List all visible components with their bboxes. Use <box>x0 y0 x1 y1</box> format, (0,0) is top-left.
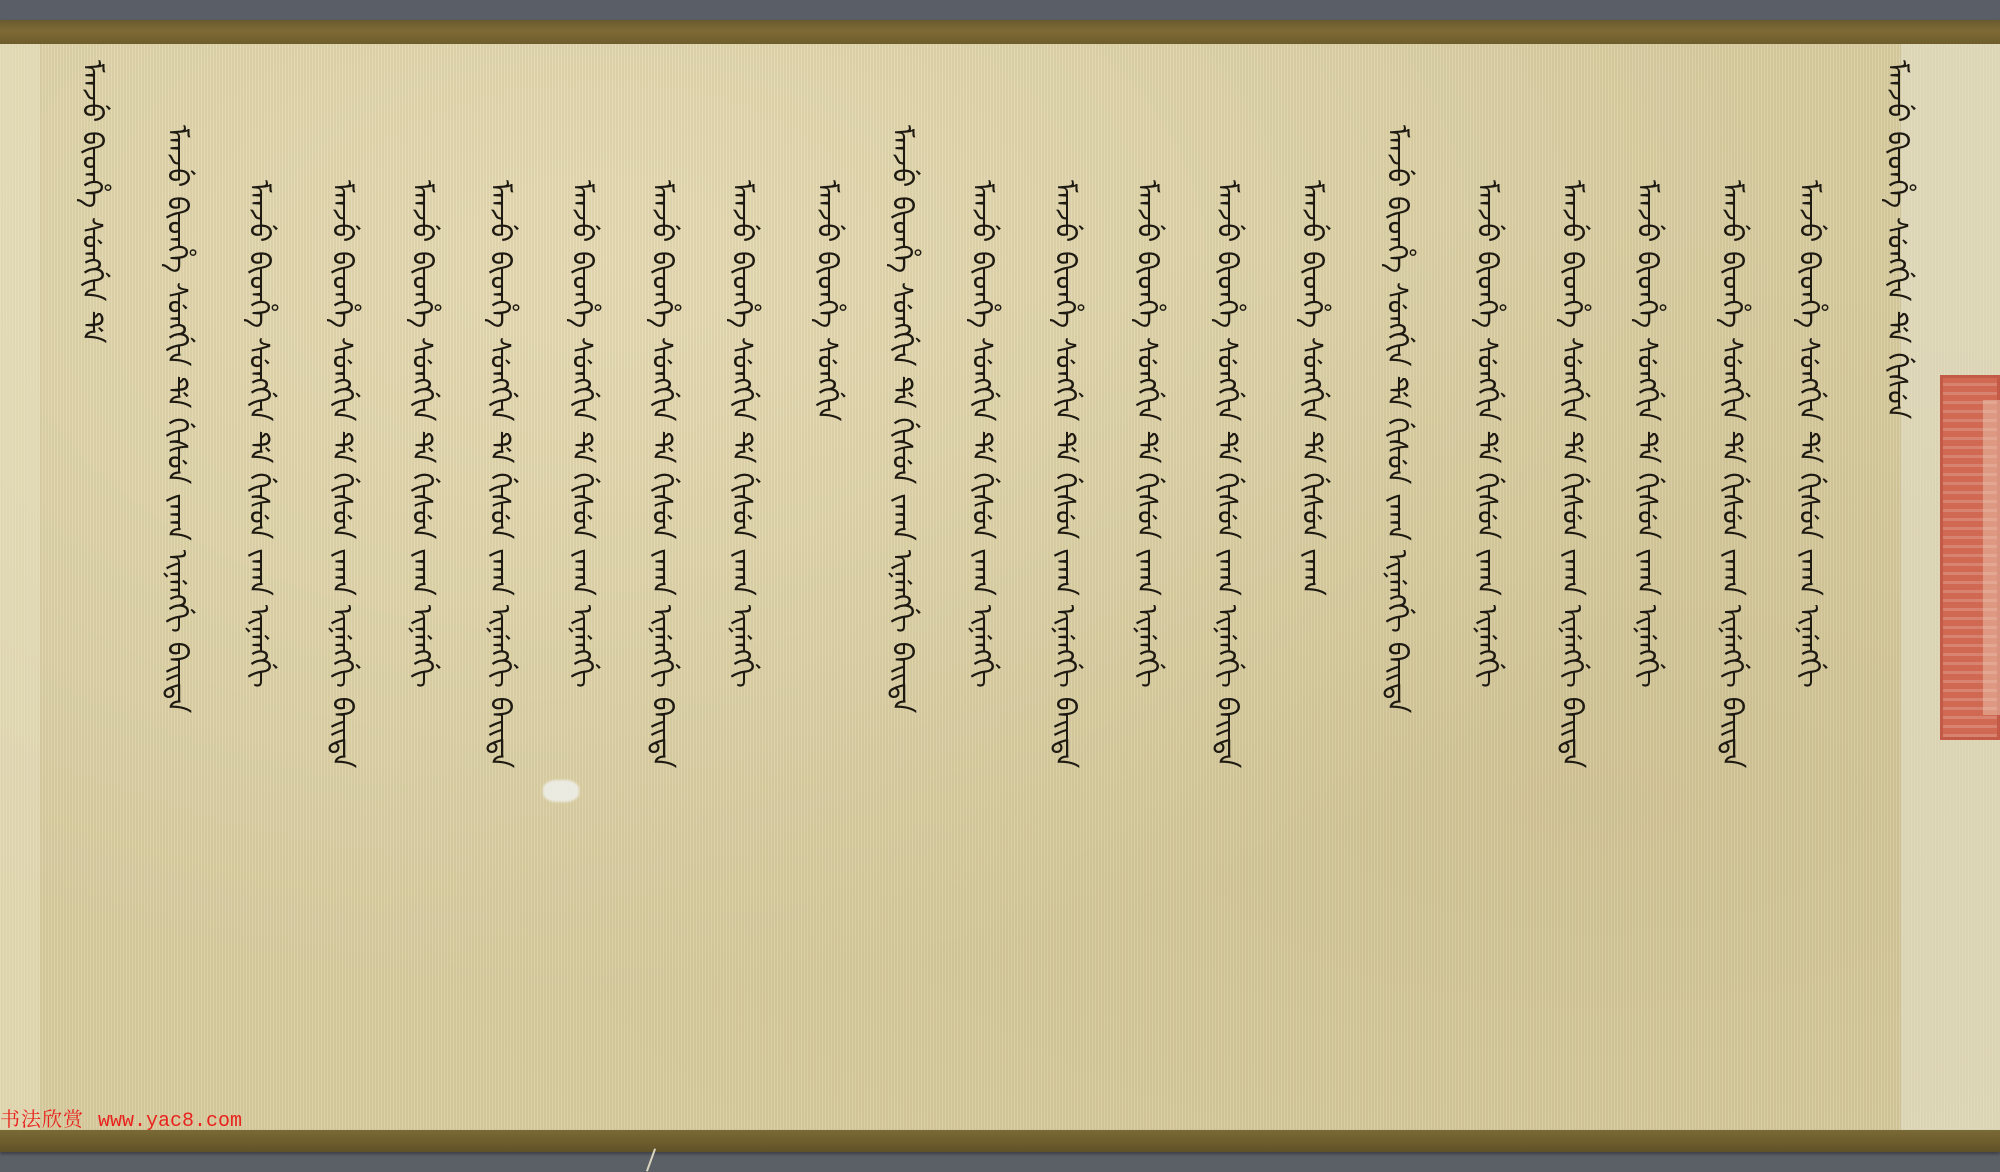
text-column: ᠮᠠᠨᠵᡠ ᠪᡳᡨᡥᡝ ᠰᡠᠩᡤᡳᠨ ᡩᡝ ᡤᡳᠰᡠᠨ ᠵᠠᡴᠠ ᡳᠨᡝᠩᡤᡳ … <box>162 125 202 1110</box>
text-column: ᠮᠠᠨᠵᡠ ᠪᡳᡨᡥᡝ ᠰᡠᠩᡤᡳᠨ ᡩᡝ ᡤᡳᠰᡠᠨ ᠵᠠᡴᠠ ᡳᠨᡝᠩᡤᡳ … <box>327 180 367 1110</box>
text-column: ᠮᠠᠨᠵᡠ ᠪᡳᡨᡥᡝ ᠰᡠᠩᡤᡳᠨ ᡩᡝ ᡤᡳᠰᡠᠨ ᠵᠠᡴᠠ <box>1297 180 1337 1010</box>
text-column: ᠮᠠᠨᠵᡠ ᠪᡳᡨᡥᡝ ᠰᡠᠩᡤᡳᠨ ᡩᡝ ᡤᡳᠰᡠᠨ ᠵᠠᡴᠠ ᡳᠨᡝᠩᡤᡳ <box>1632 180 1672 1110</box>
text-column: ᠮᠠᠨᠵᡠ ᠪᡳᡨᡥᡝ ᠰᡠᠩᡤᡳᠨ ᡩᡝ ᡤᡳᠰᡠᠨ ᠵᠠᡴᠠ ᡳᠨᡝᠩᡤᡳ … <box>1050 180 1090 1110</box>
text-column: ᠮᠠᠨᠵᡠ ᠪᡳᡨᡥᡝ ᠰᡠᠩᡤᡳᠨ ᡩᡝ ᡤᡳᠰᡠᠨ ᠵᠠᡴᠠ ᡳᠨᡝᠩᡤᡳ … <box>1717 180 1757 1110</box>
text-column: ᠮᠠᠨᠵᡠ ᠪᡳᡨᡥᡝ ᠰᡠᠩᡤᡳᠨ ᡩᡝ ᡤᡳᠰᡠᠨ ᠵᠠᡴᠠ ᡳᠨᡝᠩᡤᡳ … <box>887 125 927 1110</box>
text-column: ᠮᠠᠨᠵᡠ ᠪᡳᡨᡥᡝ ᠰᡠᠩᡤᡳᠨ ᡩᡝ ᡤᡳᠰᡠᠨ ᠵᠠᡴᠠ ᡳᠨᡝᠩᡤᡳ … <box>1212 180 1252 1110</box>
text-column: ᠮᠠᠨᠵᡠ ᠪᡳᡨᡥᡝ ᠰᡠᠩᡤᡳᠨ ᡩᡝ ᡤᡳᠰᡠᠨ ᠵᠠᡴᠠ ᡳᠨᡝᠩᡤᡳ <box>1132 180 1172 1100</box>
text-column: ᠮᠠᠨᠵᡠ ᠪᡳᡨᡥᡝ ᠰᡠᠩᡤᡳᠨ ᡩᡝ <box>77 60 117 500</box>
text-column: ᠮᠠᠨᠵᡠ ᠪᡳᡨᡥᡝ ᠰᡠᠩᡤᡳᠨ ᡩᡝ ᡤᡳᠰᡠᠨ ᠵᠠᡴᠠ ᡳᠨᡝᠩᡤᡳ … <box>485 180 525 1110</box>
text-column: ᠮᠠᠨᠵᡠ ᠪᡳᡨᡥᡝ ᠰᡠᠩᡤᡳᠨ <box>812 180 852 480</box>
text-column: ᠮᠠᠨᠵᡠ ᠪᡳᡨᡥᡝ ᠰᡠᠩᡤᡳᠨ ᡩᡝ ᡤᡳᠰᡠᠨ ᠵᠠᡴᠠ ᡳᠨᡝᠩᡤᡳ <box>1472 180 1512 1110</box>
watermark-chinese: 书法欣赏 <box>0 1107 84 1131</box>
text-column: ᠮᠠᠨᠵᡠ ᠪᡳᡨᡥᡝ ᠰᡠᠩᡤᡳᠨ ᡩᡝ ᡤᡳᠰᡠᠨ ᠵᠠᡴᠠ ᡳᠨᡝᠩᡤᡳ … <box>1382 125 1422 1110</box>
text-column: ᠮᠠᠨᠵᡠ ᠪᡳᡨᡥᡝ ᠰᡠᠩᡤᡳᠨ ᡩᡝ ᡤᡳᠰᡠᠨ ᠵᠠᡴᠠ ᡳᠨᡝᠩᡤᡳ <box>1794 180 1834 1065</box>
mount-border-bottom <box>0 1130 2000 1152</box>
watermark: 书法欣赏www.yac8.com <box>0 1108 242 1133</box>
text-column: ᠮᠠᠨᠵᡠ ᠪᡳᡨᡥᡝ ᠰᡠᠩᡤᡳᠨ ᡩᡝ ᡤᡳᠰᡠᠨ ᠵᠠᡴᠠ ᡳᠨᡝᠩᡤᡳ <box>727 180 767 1110</box>
text-column: ᠮᠠᠨᠵᡠ ᠪᡳᡨᡥᡝ ᠰᡠᠩᡤᡳᠨ ᡩᡝ ᡤᡳᠰᡠᠨ <box>1882 60 1922 885</box>
watermark-url: www.yac8.com <box>98 1110 242 1133</box>
red-seal <box>1940 375 2000 740</box>
text-column: ᠮᠠᠨᠵᡠ ᠪᡳᡨᡥᡝ ᠰᡠᠩᡤᡳᠨ ᡩᡝ ᡤᡳᠰᡠᠨ ᠵᠠᡴᠠ ᡳᠨᡝᠩᡤᡳ … <box>647 180 687 1110</box>
paper-margin-left <box>0 44 41 1130</box>
text-column: ᠮᠠᠨᠵᡠ ᠪᡳᡨᡥᡝ ᠰᡠᠩᡤᡳᠨ ᡩᡝ ᡤᡳᠰᡠᠨ ᠵᠠᡴᠠ ᡳᠨᡝᠩᡤᡳ <box>407 180 447 1110</box>
text-column: ᠮᠠᠨᠵᡠ ᠪᡳᡨᡥᡝ ᠰᡠᠩᡤᡳᠨ ᡩᡝ ᡤᡳᠰᡠᠨ ᠵᠠᡴᠠ ᡳᠨᡝᠩᡤᡳ <box>567 180 607 1110</box>
text-column: ᠮᠠᠨᠵᡠ ᠪᡳᡨᡥᡝ ᠰᡠᠩᡤᡳᠨ ᡩᡝ ᡤᡳᠰᡠᠨ ᠵᠠᡴᠠ ᡳᠨᡝᠩᡤᡳ <box>967 180 1007 1110</box>
mount-border-top <box>0 20 2000 44</box>
paper-repair-patch <box>543 780 579 802</box>
text-column: ᠮᠠᠨᠵᡠ ᠪᡳᡨᡥᡝ ᠰᡠᠩᡤᡳᠨ ᡩᡝ ᡤᡳᠰᡠᠨ ᠵᠠᡴᠠ ᡳᠨᡝᠩᡤᡳ <box>244 180 284 1110</box>
scroll-photo: ᠮᠠᠨᠵᡠ ᠪᡳᡨᡥᡝ ᠰᡠᠩᡤᡳᠨ ᡩᡝ ᡤᡳᠰᡠᠨᠮᠠᠨᠵᡠ ᠪᡳᡨᡥᡝ ᠰ… <box>0 0 2000 1172</box>
text-column: ᠮᠠᠨᠵᡠ ᠪᡳᡨᡥᡝ ᠰᡠᠩᡤᡳᠨ ᡩᡝ ᡤᡳᠰᡠᠨ ᠵᠠᡴᠠ ᡳᠨᡝᠩᡤᡳ … <box>1557 180 1597 1110</box>
seal-inner-band <box>1983 400 2000 715</box>
